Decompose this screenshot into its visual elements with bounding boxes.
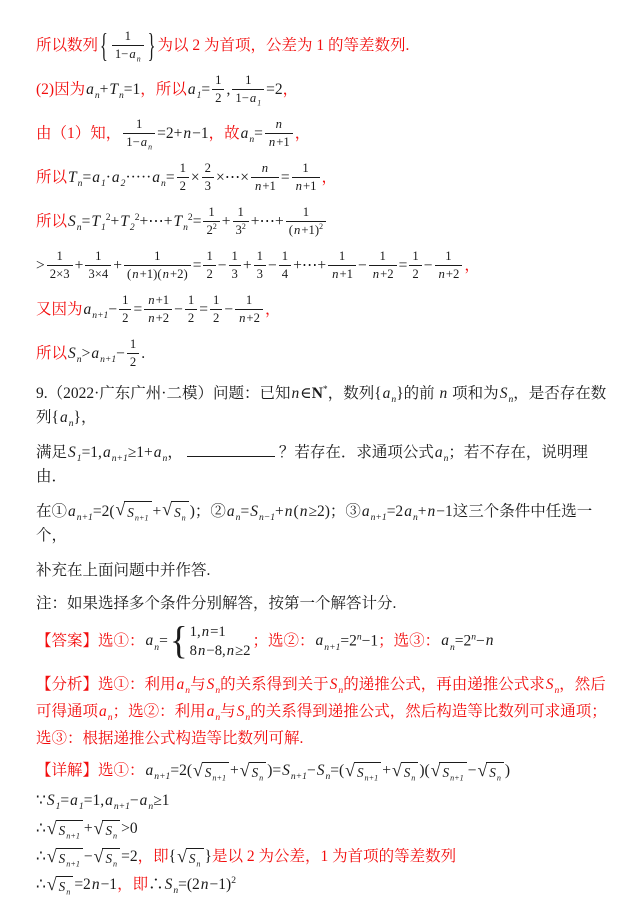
math-variable: a [69, 792, 79, 809]
text-run: +2 [246, 311, 260, 325]
text-run: ≥1+ [128, 444, 153, 461]
text-run: − [108, 301, 117, 318]
fraction-numerator: 1 [292, 161, 320, 178]
text-run: { [169, 848, 176, 865]
math-variable: n [91, 876, 101, 893]
text-run: = [281, 169, 290, 186]
math-variable: T [108, 81, 119, 98]
fraction-numerator: n+1 [144, 293, 172, 310]
text-run: (2)因为 [36, 81, 85, 98]
text-run: − [476, 632, 485, 649]
solution-final-inequality: 所以Sn>an+1−12. [36, 338, 618, 371]
text-run: ，即 [117, 876, 148, 893]
text-run: 1 [302, 161, 308, 175]
text-run: 2 [412, 267, 418, 281]
text-run: =2 [266, 81, 283, 98]
text-run: +2 [156, 311, 170, 325]
text-run: =2( [93, 503, 115, 520]
math-variable: n [290, 385, 300, 402]
cases-brace: { [170, 625, 188, 658]
text-run: + [230, 762, 239, 779]
fraction: 1(n+1)2 [286, 205, 326, 238]
text-run: +2) [170, 267, 188, 281]
text-run: +2 [446, 267, 460, 281]
subscript: n+1 [212, 774, 226, 783]
fraction-numerator: 2 [202, 161, 214, 178]
text-run: =2( [170, 762, 192, 779]
text-run: 1, [190, 624, 201, 640]
text-run: −1 [101, 876, 118, 893]
math-variable: T [172, 213, 183, 230]
text-run: ∴ [36, 848, 46, 865]
text-run: −1) [210, 876, 232, 893]
fraction: 12 [177, 161, 189, 194]
text-run: { [374, 385, 381, 402]
text-run: 与 [220, 703, 236, 720]
fraction: 11−an [112, 29, 144, 62]
fraction: 1n+2 [435, 249, 463, 282]
text-run: + [153, 503, 162, 520]
subscript: n+1 [77, 512, 93, 523]
math-variable: n [275, 117, 283, 131]
sqrt: √Sn+1 [116, 501, 152, 523]
math-variable: a [90, 345, 100, 362]
problem-9-conditions-cont: 补充在上面问题中并作答. [36, 559, 618, 583]
text-run: +1 [339, 267, 353, 281]
sqrt: √Sn+1 [431, 762, 467, 782]
text-run: 的关系得到关于 [220, 676, 329, 693]
text-run: 1− [126, 135, 140, 149]
text-run: 2 [206, 267, 212, 281]
text-run: 2 [122, 311, 128, 325]
bold-symbol: N [312, 385, 323, 402]
fraction-numerator: 1 [203, 249, 215, 266]
math-variable: S [104, 851, 113, 866]
subscript: n [411, 774, 415, 783]
text-run: − [224, 301, 233, 318]
text-run: = [82, 169, 91, 186]
fraction: 12 [185, 293, 197, 326]
text-run: =2 [121, 848, 138, 865]
text-run: ····· [125, 169, 151, 186]
math-variable: a [382, 385, 392, 402]
fraction-denominator: 1−an [123, 134, 155, 150]
math-variable: a [153, 444, 163, 461]
text-run: 1− [115, 47, 129, 61]
math-variable: n [439, 385, 449, 402]
math-variable: a [98, 703, 108, 720]
math-variable: a [249, 91, 257, 105]
text-run: +2 [380, 267, 394, 281]
text-run: 是以 2 为公差，1 为首项的等差数列 [212, 848, 456, 865]
text-run: =2 [340, 632, 357, 649]
sqrt: √Sn+1 [47, 820, 83, 840]
fraction: 122 [203, 205, 219, 238]
math-variable: S [251, 765, 260, 780]
sqrt-argument: Sn [102, 820, 120, 840]
subscript: n+1 [92, 310, 108, 321]
math-variable: S [104, 823, 113, 838]
fraction-numerator: n [265, 117, 293, 134]
superscript: 2 [213, 222, 217, 231]
text-run: + [275, 503, 284, 520]
text-run: 2 [215, 91, 221, 105]
sqrt: √Sn+1 [193, 762, 229, 782]
math-variable: S [67, 213, 77, 230]
text-run: 8 [190, 643, 197, 659]
fraction-numerator: 1 [409, 249, 421, 266]
sqrt-argument: Sn [186, 848, 204, 868]
text-run: ∵ [36, 792, 46, 809]
sqrt-argument: Sn+1 [354, 762, 381, 782]
fraction: 13 [254, 249, 266, 282]
fraction: n+1n+2 [144, 293, 172, 326]
math-variable: a [226, 503, 236, 520]
math-variable: a [240, 125, 250, 142]
sqrt-argument: Sn+1 [56, 820, 83, 840]
document-page: 所以数列{11−an}为以 2 为首项，公差为 1 的等差数列.(2)因为an+… [0, 0, 642, 896]
text-run: 【详解】选①： [36, 762, 145, 779]
math-variable: S [58, 879, 67, 894]
fraction: 1n+1 [328, 249, 356, 282]
math-variable: a [104, 792, 114, 809]
subscript: n [182, 514, 186, 523]
fraction-denominator: 2 [127, 354, 139, 370]
fraction-denominator: n+1 [251, 178, 279, 194]
text-run: 所以 [36, 213, 67, 230]
sqrt-argument: Sn+1 [124, 501, 151, 523]
fraction-denominator: 3 [202, 178, 214, 194]
math-variable: S [46, 792, 56, 809]
fraction-denominator: 2 [119, 310, 131, 326]
fraction-numerator: 1 [232, 73, 264, 90]
sqrt: √Sn [240, 762, 266, 782]
text-run: . [141, 345, 145, 362]
math-variable: a [139, 792, 149, 809]
fraction: 11−an [123, 117, 155, 150]
fraction: nn+1 [251, 161, 279, 194]
subscript: n+1 [365, 774, 379, 783]
text-run: 1 [380, 249, 386, 263]
sqrt-argument: Sn [249, 762, 267, 782]
fraction-numerator: 1 [124, 249, 191, 266]
text-run: 与 [190, 676, 206, 693]
fraction-numerator: 1 [254, 249, 266, 266]
text-run: − [84, 848, 93, 865]
math-variable: S [488, 765, 497, 780]
subscript: 2 [130, 222, 135, 233]
text-run: 在① [36, 503, 67, 520]
text-run: 1− [235, 91, 249, 105]
text-run: > [82, 345, 91, 362]
fraction-denominator: 1−a1 [232, 90, 264, 106]
text-run: =( [330, 762, 344, 779]
math-variable: a [176, 676, 186, 693]
text-run: = [201, 81, 210, 98]
sqrt-argument: Sn [486, 762, 504, 782]
fraction-denominator: n+2 [369, 266, 397, 282]
text-run: 9.（2022·广东广州·二模）问题：已知 [36, 385, 290, 402]
text-run: = [82, 213, 91, 230]
text-run: 1 [213, 293, 219, 307]
text-run: =1, [82, 444, 102, 461]
right-brace: } [148, 29, 156, 63]
text-run: +1 [262, 179, 276, 193]
fraction-numerator: 1 [435, 249, 463, 266]
solution-telescoping-inequality: >12×3+13×4+1(n+1)(n+2)=12−13+13−14+⋯+1n+… [36, 250, 618, 283]
text-run: ，故 [209, 125, 240, 142]
fraction-denominator: 2 [203, 266, 215, 282]
text-run: +⋯+ [293, 257, 326, 274]
text-run: =1 [210, 624, 226, 640]
fraction-numerator: 1 [123, 117, 155, 134]
text-run: = [399, 257, 408, 274]
solution-conclusion-arithmetic-seq: 所以数列{11−an}为以 2 为首项，公差为 1 的等差数列. [36, 30, 618, 63]
problem-9-note: 注：如果选择多个条件分别解答，按第一个解答计分. [36, 594, 618, 615]
text-run: ， [283, 81, 299, 98]
text-run: = [254, 125, 263, 142]
fraction-denominator: 3 [254, 266, 266, 282]
text-run: = [159, 632, 168, 649]
text-run: 3 [205, 179, 211, 193]
subscript: n [148, 142, 152, 151]
subscript: n+1 [135, 514, 149, 523]
fraction-denominator: 32 [233, 222, 249, 238]
math-variable: n [284, 503, 294, 520]
fraction-denominator: n+2 [435, 266, 463, 282]
text-run: 1 [206, 249, 212, 263]
text-run: − [468, 762, 477, 779]
text-run: >0 [121, 820, 138, 837]
answer-line: 【答案】选①：an={1,n=18n−8,n≥2；选②：an+1=2n−1；选③… [36, 623, 618, 661]
text-run: + [222, 213, 231, 230]
math-variable: a [111, 169, 121, 186]
text-run: 2 [188, 311, 194, 325]
text-run: +⋯+ [140, 213, 173, 230]
math-variable: n [226, 643, 235, 659]
text-run: 1 [237, 205, 243, 219]
text-run: 1 [257, 249, 263, 263]
fraction: 12 [212, 73, 224, 106]
fraction-numerator: 1 [127, 337, 139, 354]
text-run: ；选③： [378, 632, 440, 649]
text-run: + [113, 257, 122, 274]
text-run: ×⋯× [216, 169, 249, 186]
text-run: = [60, 792, 69, 809]
cases-expression: {1,n=18n−8,n≥2 [170, 623, 251, 661]
math-variable: n [372, 267, 380, 281]
text-run: } [205, 848, 212, 865]
text-run: = [193, 257, 202, 274]
solution-Sn-sum-of-squares: 所以Sn=T12+T22+⋯+Tn2=122+132+⋯+1(n+1)2 [36, 206, 618, 239]
math-variable: S [329, 676, 339, 693]
sqrt: √Sn [94, 848, 120, 868]
text-run: 1 [136, 117, 142, 131]
text-run: 1 [246, 293, 252, 307]
text-run: =1 [124, 81, 141, 98]
math-variable: n [147, 311, 155, 325]
text-run: = [133, 301, 142, 318]
text-run: =2 [455, 632, 472, 649]
math-variable: n [299, 503, 309, 520]
fraction-numerator: 1 [233, 205, 249, 222]
text-run: +1 [303, 179, 317, 193]
sqrt: √Sn [47, 876, 73, 896]
text-run: ≥2)；③ [308, 503, 360, 520]
fraction: 13 [229, 249, 241, 282]
math-variable: a [85, 81, 95, 98]
text-run: − [116, 345, 125, 362]
fraction-numerator: 1 [203, 205, 219, 222]
math-variable: a [145, 632, 155, 649]
math-variable: a [83, 301, 93, 318]
solution-Tn-product: 所以Tn=a1·a2·····an=12×23×⋯×nn+1=1n+1， [36, 162, 618, 195]
sqrt: √Sn+1 [345, 762, 381, 782]
fraction-denominator: 2 [177, 178, 189, 194]
math-variable: n [162, 267, 170, 281]
problem-9-statement-line1: 9.（2022·广东广州·二模）问题：已知n∈N*，数列{an}的前 n 项和为… [36, 382, 618, 430]
math-variable: a [128, 47, 136, 61]
text-run: ， [167, 444, 183, 461]
text-run: =2 [387, 503, 404, 520]
detail-step-2: ∵S1=a1=1,an+1−an≥1 [36, 791, 618, 812]
math-variable: S [249, 503, 259, 520]
fraction-numerator: 1 [47, 249, 73, 266]
math-variable: T [90, 213, 101, 230]
text-run: − [358, 257, 367, 274]
math-variable: n [261, 161, 269, 175]
fraction-denominator: 22 [203, 222, 219, 238]
solution-part2-initial: (2)因为an+Tn=1，所以a1=12,11−a1=2， [36, 74, 618, 107]
text-run: 所以 [36, 169, 67, 186]
fraction: 14 [279, 249, 291, 282]
text-run: + [382, 762, 391, 779]
text-run: +1 [276, 135, 290, 149]
subscript: n [66, 887, 70, 896]
subscript: n+1 [154, 772, 170, 783]
cases-rows: 1,n=18n−8,n≥2 [190, 623, 251, 661]
text-run: , [226, 81, 230, 98]
text-run: × [191, 169, 200, 186]
math-variable: S [281, 762, 291, 779]
text-run: 2×3 [50, 267, 70, 281]
fraction: 12×3 [47, 249, 73, 282]
fraction-denominator: 2 [210, 310, 222, 326]
text-run: + [84, 820, 93, 837]
text-run: 1 [232, 249, 238, 263]
math-variable: n [147, 293, 155, 307]
fraction-denominator: n+1 [292, 178, 320, 194]
fraction: 12 [203, 249, 215, 282]
fraction-denominator: 3×4 [85, 266, 111, 282]
subscript: n [113, 859, 117, 868]
text-run: 的递推公式，再由递推公式求 [343, 676, 545, 693]
fraction: 1n+2 [369, 249, 397, 282]
text-run: ≥2 [235, 643, 250, 659]
text-run: )( [419, 762, 429, 779]
text-run: } [396, 385, 403, 402]
math-variable: S [499, 385, 509, 402]
text-run: 2 [130, 355, 136, 369]
math-variable: n [295, 179, 303, 193]
text-run: +1 [156, 293, 170, 307]
sqrt: √Sn [392, 762, 418, 782]
fraction-denominator: 2 [212, 90, 224, 106]
text-run: )；② [190, 503, 226, 520]
text-run: 又因为 [36, 301, 83, 318]
text-run: ∴ [148, 876, 164, 893]
fraction-numerator: 1 [177, 161, 189, 178]
fraction-denominator: n+2 [235, 310, 263, 326]
fraction-denominator: 2 [185, 310, 197, 326]
text-run: ≥1 [153, 792, 169, 809]
text-run: +1) [301, 223, 319, 237]
math-variable: n [201, 624, 210, 640]
sqrt-argument: Sn [171, 501, 189, 523]
text-run: − [174, 301, 183, 318]
math-variable: n [268, 135, 276, 149]
text-run: + [75, 257, 84, 274]
analysis-paragraph: 【分析】选①：利用an与Sn的关系得到关于Sn的递推公式，再由递推公式求Sn，然… [36, 671, 618, 752]
sqrt: √Sn [477, 762, 503, 782]
math-variable: S [58, 851, 67, 866]
text-run: −8, [206, 643, 225, 659]
math-variable: a [315, 632, 325, 649]
text-run: − [130, 792, 139, 809]
text-run: = [240, 503, 249, 520]
text-run: 的前 [404, 385, 439, 402]
fraction: 12 [210, 293, 222, 326]
fraction: 12 [409, 249, 421, 282]
text-run: 1 [180, 161, 186, 175]
fraction-numerator: 1 [119, 293, 131, 310]
math-variable: a [440, 632, 450, 649]
text-run: 补充在上面问题中并作答. [36, 562, 210, 579]
text-run: +1)( [140, 267, 162, 281]
text-run: ， [322, 169, 338, 186]
math-variable: a [403, 503, 413, 520]
text-run: ( [294, 503, 299, 520]
subscript: n [113, 831, 117, 840]
math-variable: a [434, 444, 444, 461]
answer-blank [187, 441, 275, 457]
fraction-numerator: 1 [212, 73, 224, 90]
text-run: 【答案】选①： [36, 632, 145, 649]
math-variable: n [197, 643, 206, 659]
text-run: 1 [208, 205, 214, 219]
text-run: 1 [57, 249, 63, 263]
math-variable: n [200, 876, 210, 893]
fraction-numerator: 1 [279, 249, 291, 266]
math-variable: S [236, 703, 246, 720]
math-variable: S [441, 765, 450, 780]
text-run: 1 [154, 249, 160, 263]
subscript: n+1 [291, 772, 307, 783]
math-variable: a [67, 503, 77, 520]
fraction-denominator: 2 [409, 266, 421, 282]
text-run: 1 [125, 29, 131, 43]
text-run: 1 [95, 249, 101, 263]
solution-an1-minus-half: 又因为an+1−12=n+1n+2−12=12−1n+2， [36, 294, 618, 327]
math-variable: a [145, 762, 155, 779]
text-run: ， [295, 125, 311, 142]
text-run: ， [464, 257, 480, 274]
text-run: ∴ [36, 876, 46, 893]
sqrt: √Sn [162, 501, 188, 523]
problem-9-statement-line2: 满足S1=1,an+1≥1+an，？若存在．求通项公式an；若不存在，说明理由． [36, 441, 618, 489]
fraction: 13×4 [85, 249, 111, 282]
subscript: n+1 [371, 512, 387, 523]
